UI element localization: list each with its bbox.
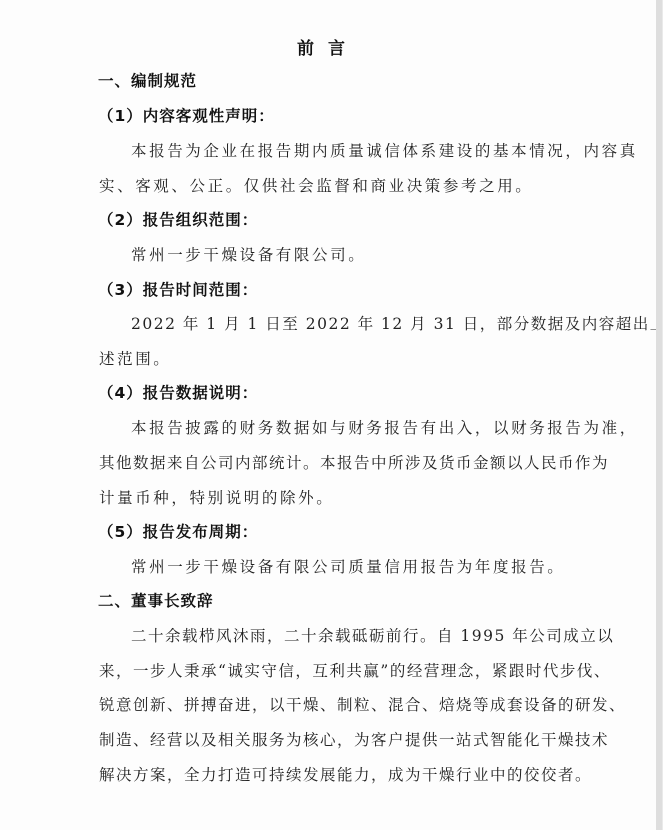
section-heading-compilation-norms: 一、编制规范	[98, 69, 197, 91]
paragraph-line: 其他数据来自公司内部统计。本报告中所涉及货币金额以人民币作为	[99, 451, 609, 473]
paragraph-line: 解决方案，全力打造可持续发展能力，成为干燥行业中的佼佼者。	[99, 763, 592, 785]
paragraph-line: 述范围。	[99, 347, 171, 369]
subsection-heading-objectivity: （1）内容客观性声明：	[98, 104, 275, 126]
paragraph-line: 本报告披露的财务数据如与财务报告有出入，以财务报告为准，	[131, 416, 638, 438]
subsection-heading-release-cycle: （5）报告发布周期：	[98, 520, 258, 542]
paragraph-line: 二十余载栉风沐雨，二十余载砥砺前行。自 1995 年公司成立以	[131, 624, 614, 646]
paragraph-line: 计量币种，特别说明的除外。	[99, 486, 334, 508]
section-heading-chairman-speech: 二、董事长致辞	[98, 589, 214, 611]
paragraph-line: 来，一步人秉承“诚实守信，互利共赢”的经营理念，紧跟时代步伐、	[99, 659, 611, 681]
subsection-heading-org-scope: （2）报告组织范围：	[98, 208, 258, 230]
paragraph-line: 锐意创新、拼搏奋进，以干燥、制粒、混合、焙烧等成套设备的研发、	[99, 693, 626, 715]
paragraph-line: 制造、经营以及相关服务为核心，为客户提供一站式智能化干燥技术	[99, 728, 609, 750]
paragraph-line: 常州一步干燥设备有限公司质量信用报告为年度报告。	[131, 555, 565, 577]
subsection-heading-time-scope: （3）报告时间范围：	[98, 278, 258, 300]
paragraph-line: 实、客观、公正。仅供社会监督和商业决策参考之用。	[99, 174, 533, 196]
page-title: 前言	[0, 34, 656, 59]
paragraph-line: 2022 年 1 月 1 日至 2022 年 12 月 31 日，部分数据及内容…	[131, 312, 663, 334]
document-page: 前言 一、编制规范 （1）内容客观性声明： 本报告为企业在报告期内质量诚信体系建…	[0, 0, 656, 830]
paragraph-line: 常州一步干燥设备有限公司。	[131, 243, 366, 265]
paragraph-line: 本报告为企业在报告期内质量诚信体系建设的基本情况，内容真	[131, 139, 638, 161]
subsection-heading-data-notes: （4）报告数据说明：	[98, 381, 258, 403]
vertical-scrollbar[interactable]	[656, 0, 663, 830]
